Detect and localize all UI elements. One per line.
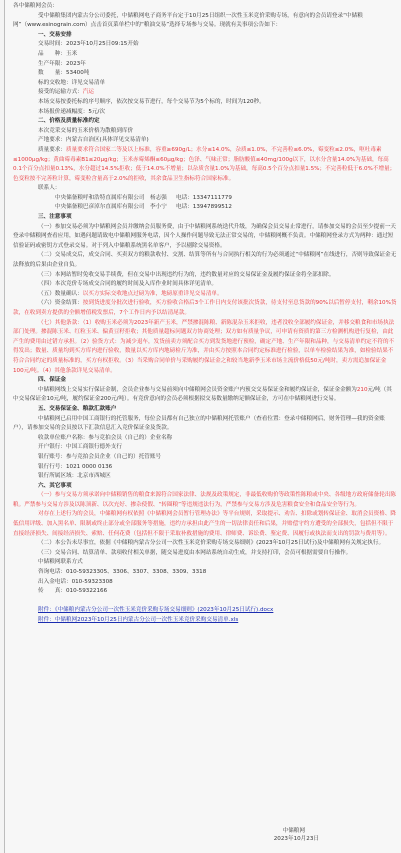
section-2-title: 二、价格及质量标准约定: [13, 117, 397, 127]
section-1-title: 一、交易安排: [13, 31, 397, 41]
account-name: 收款单位账户名称：参与竞拍会员（自己的）企业名称: [13, 434, 397, 444]
production-year: 生产年限：2023年: [13, 60, 397, 70]
contact-row: 中央储备粮呼和浩特直属库有限公司杨志强电话：13347111779: [13, 194, 397, 204]
document-frame: 各中储粮网会员： 受中储粮集团内蒙古分公司委托，中储粮网电子商务平台定于10月2…: [4, 0, 401, 853]
bank-region: 银行所属区域：北京市西城区: [13, 472, 397, 482]
origin-requirement: 产地要求：内蒙古自治区(具体详见交易清单): [13, 136, 397, 146]
notice-3: （三）本网站暂时免收交易手续费，但在交易中出现违约行为的，违约数量对应的交易保证…: [13, 271, 397, 281]
section-4-title: 四、保证金: [13, 376, 397, 386]
bank-code: 银行行号：1021 0000 0136: [13, 463, 397, 473]
signature-date: 2023年10月23日: [0, 834, 319, 842]
fax: 传 真：010-59322166: [13, 587, 397, 597]
funds-phone: 出入金电话：010-59323308: [13, 578, 397, 588]
delivery-location: 标的交收地：详见交易清单: [13, 79, 397, 89]
other-2: （二）本公告未尽事宜，依据《中储粮内蒙古分公司一次性玉米竞价采购专场交易细则》(…: [13, 539, 397, 549]
contact-title: 中储粮网联系方式: [13, 558, 397, 568]
notice-5: （五）数量确认：以买方实际交收地点过磅为准，地磅原重详见交易清单。: [13, 290, 397, 300]
other-1: （一）参与交易方须承诺向中储粮销售的粮食来源符合国家法律、法规及政策规定，非最低…: [13, 491, 397, 510]
contact-row: 中央储备粮巴彦淖尔直属库有限公司李小宁电话：13947899512: [13, 203, 397, 213]
signature-org: 中储粮网: [0, 826, 319, 834]
attachment-list-link[interactable]: 附件：中储粮网2023年10月25日内蒙古分公司一次性玉米竞价采购交易清单.xl…: [38, 617, 238, 623]
intro-paragraph: 受中储粮集团内蒙古分公司委托，中储粮网电子商务平台定于10月25日组织一次性玉米…: [13, 12, 397, 31]
consult-phone: 咨询电话：010-59323305、3306、3307、3308、3309、33…: [13, 568, 397, 578]
trade-rule: 本场交易按委托标的序号顺序，依次按交易节进行，每个交易节为5个标的，时间为120…: [13, 98, 397, 108]
section-3-title: 三、注意事项: [13, 213, 397, 223]
signature: 中储粮网 2023年10月23日: [0, 826, 319, 842]
notice-1: （一）参加交易必须为中储粮网会员并缴纳会员服务费，由于中储粮网系统迭代升级，为确…: [13, 223, 397, 252]
bank-name: 开户银行：中国工商银行德外支行: [13, 443, 397, 453]
attachment-rules-link[interactable]: 附件：《中储粮内蒙古分公司一次性玉米竞价采购专场交易细则》(2023年10月25…: [38, 607, 273, 613]
notice-2: （二）交易成交后，成交合同、买卖双方的粮款收付、交割、结算等所有与合同执行相关的…: [13, 251, 397, 270]
notice-4: （四）本次竞价专场成交合同的履约时间及入库作业时间具体详见清单。: [13, 280, 397, 290]
other-1-penalty: 对存在上述行为的会员，中储粮网有权依照《中储粮网会员暂行管理办法》等平台规则，采…: [13, 510, 397, 539]
contact-label: 联系人：: [13, 184, 397, 194]
greeting: 各中储粮网会员：: [13, 2, 397, 12]
section-6-title: 六、其它事项: [13, 482, 397, 492]
notice-6: （六）资金结算：按到货进度分批次进行验收，买方验收合格后3个工作日内支付该批次货…: [13, 299, 397, 318]
price-basis: 本次竞采交易的玉米价格为散粮到库价: [13, 127, 397, 137]
section-5-title: 五、交易保证金、粮款汇款账户: [13, 405, 397, 415]
bank-account: 银行账号：参与竞拍会员企业（自己的）托管账号: [13, 453, 397, 463]
other-3: （三）交易合同、结算清单、款项收付相关单据，随交易进度由本网站系统自动生成，并支…: [13, 549, 397, 559]
deposit-paragraph: 中储粮网线上交易实行保证金制，会员企业参与交易前须向中储粮网会员资金账户内预交交…: [13, 386, 397, 405]
trade-time: 交易时间：2023年10月25日09:15开始: [13, 40, 397, 50]
quality-requirement: 质量要求：质量要求符合国家二等及以上标准，容重≥690g/L；水分≤14.0%，…: [13, 146, 397, 184]
account-paragraph: 中储粮网已启用中国工商银行的托管服务，每位会员都有自己独立的中储粮网托管账户（查…: [13, 415, 397, 434]
variety: 品 种：玉米: [13, 50, 397, 60]
announcement-body: 各中储粮网会员： 受中储粮集团内蒙古分公司委托，中储粮网电子商务平台定于10月2…: [13, 2, 397, 626]
quantity: 数 量：53400吨: [13, 69, 397, 79]
price-step: 本场报价递减幅度：5元/次: [13, 108, 397, 118]
transport-mode: 接受的运输方式：汽运: [13, 88, 397, 98]
notice-7: （七）其他条款：（1）收购玉米必须为2023年新产玉米，严禁掺混陈粮、新陈混杂玉…: [13, 319, 397, 377]
